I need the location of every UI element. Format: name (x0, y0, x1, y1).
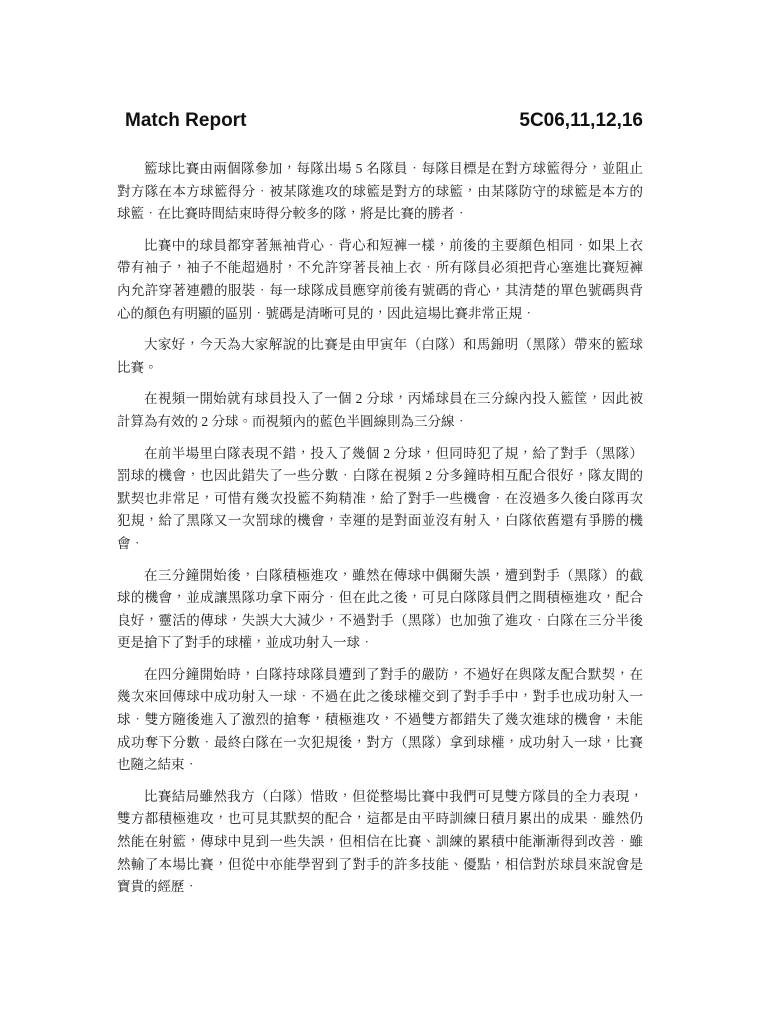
paragraph-third-minute: 在三分鐘開始後，白隊積極進攻，雖然在傳球中偶爾失誤，遭到對手（黑隊）的截球的機會… (117, 565, 643, 655)
paragraph-match-introduction: 大家好，今天為大家解說的比賽是由甲寅年（白隊）和馬錦明（黑隊）帶來的籃球比賽。 (117, 334, 643, 379)
paragraph-conclusion: 比賽結局雖然我方（白隊）惜敗，但從整場比賽中我們可見雙方隊員的全力表現，雙方都積… (117, 786, 643, 899)
document-header: Match Report 5C06,11,12,16 (117, 110, 643, 132)
paragraph-uniform-rules: 比賽中的球員都穿著無袖背心．背心和短褲一樣，前後的主要顏色相同．如果上衣帶有袖子… (117, 235, 643, 325)
paragraph-first-half: 在前半場里白隊表現不錯，投入了幾個 2 分球，但同時犯了規，給了對手（黑隊）罰球… (117, 443, 643, 556)
report-title: Match Report (125, 110, 246, 132)
paragraph-video-start: 在視頻一開始就有球員投入了一個 2 分球，丙烯球員在三分線內投入籃筐，因此被計算… (117, 388, 643, 433)
paragraph-fourth-minute: 在四分鐘開始時，白隊持球隊員遭到了對手的嚴防，不過好在與隊友配合默契，在幾次來回… (117, 664, 643, 777)
document-page: Match Report 5C06,11,12,16 籃球比賽由兩個隊參加，每隊… (0, 0, 768, 1024)
report-id-code: 5C06,11,12,16 (519, 110, 643, 132)
document-body: 籃球比賽由兩個隊參加，每隊出場 5 名隊員．每隊目標是在對方球籃得分，並阻止對方… (117, 158, 643, 899)
paragraph-basketball-rules: 籃球比賽由兩個隊參加，每隊出場 5 名隊員．每隊目標是在對方球籃得分，並阻止對方… (117, 158, 643, 226)
